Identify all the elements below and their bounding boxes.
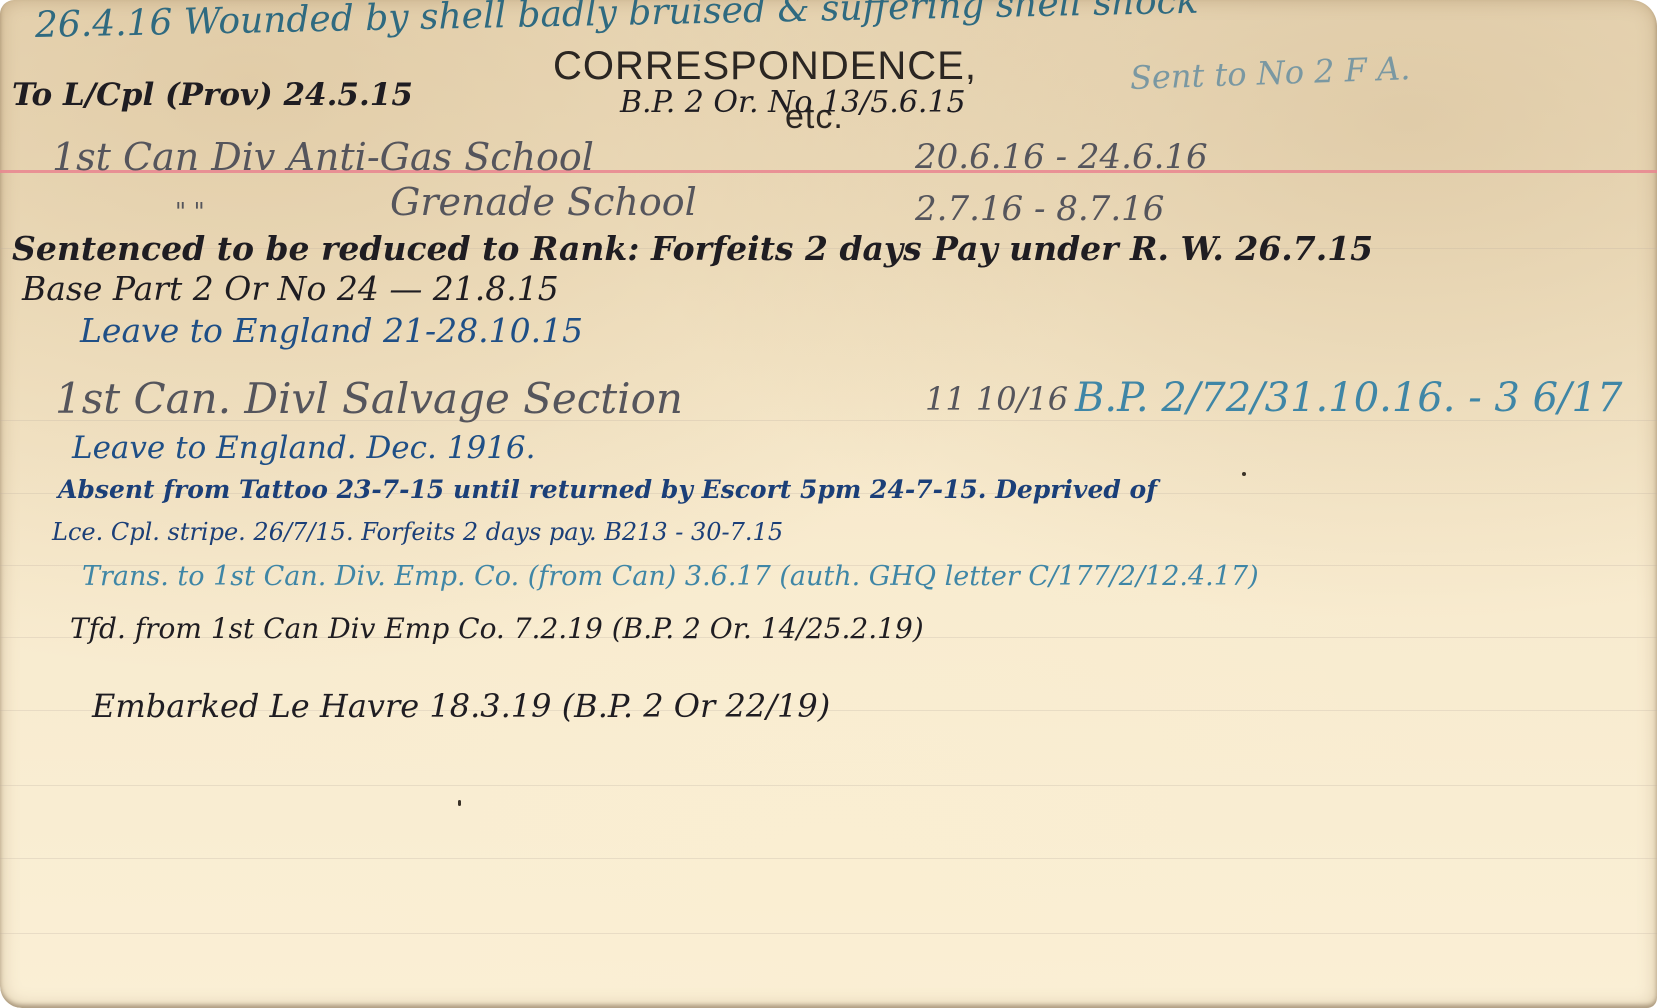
ruled-line [0, 785, 1657, 786]
ink-speck [458, 800, 461, 806]
entry-salvage-section: 1st Can. Divl Salvage Section [55, 378, 683, 420]
ink-speck [1242, 472, 1246, 476]
printed-header-title: CORRESPONDENCE, [553, 44, 977, 89]
entry-salvage-date: 11 10/16 [925, 383, 1068, 415]
entry-transfer: Trans. to 1st Can. Div. Emp. Co. (from C… [82, 563, 1259, 590]
ruled-line [0, 858, 1657, 859]
entry-absent-line-2: Lce. Cpl. stripe. 26/7/15. Forfeits 2 da… [52, 520, 783, 544]
entry-grenade-dates: 2.7.16 - 8.7.16 [915, 192, 1164, 226]
ruled-line [0, 933, 1657, 934]
service-record-card: CORRESPONDENCE, etc. 26.4.16 Wounded by … [0, 0, 1657, 1008]
entry-antigas-dates: 20.6.16 - 24.6.16 [915, 140, 1208, 174]
entry-absent-line-1: Absent from Tattoo 23-7-15 until returne… [58, 477, 1157, 502]
entry-leave-1916: Leave to England. Dec. 1916. [72, 433, 535, 464]
entry-bp-reference: B.P. 2 Or. No 13/5.6.15 [620, 88, 966, 118]
entry-grenade-school: Grenade School [390, 183, 697, 221]
entry-base-part: Base Part 2 Or No 24 — 21.8.15 [22, 272, 559, 305]
entry-leave-1915: Leave to England 21-28.10.15 [80, 314, 583, 347]
entry-antigas-school: 1st Can Div Anti-Gas School [52, 138, 594, 176]
entry-salvage-reference: B.P. 2/72/31.10.16. - 3 6/17 [1075, 378, 1622, 418]
entry-wounded: 26.4.16 Wounded by shell badly bruised &… [35, 0, 1199, 44]
entry-lcpl-promotion: To L/Cpl (Prov) 24.5.15 [12, 80, 413, 111]
entry-grenade-ditto: " " [175, 200, 205, 224]
entry-sentenced: Sentenced to be reduced to Rank: Forfeit… [12, 232, 1373, 265]
entry-tfd-from: Tfd. from 1st Can Div Emp Co. 7.2.19 (B.… [70, 615, 924, 643]
entry-sent-to: Sent to No 2 F A. [1129, 52, 1410, 94]
entry-embarked: Embarked Le Havre 18.3.19 (B.P. 2 Or 22/… [92, 690, 830, 722]
